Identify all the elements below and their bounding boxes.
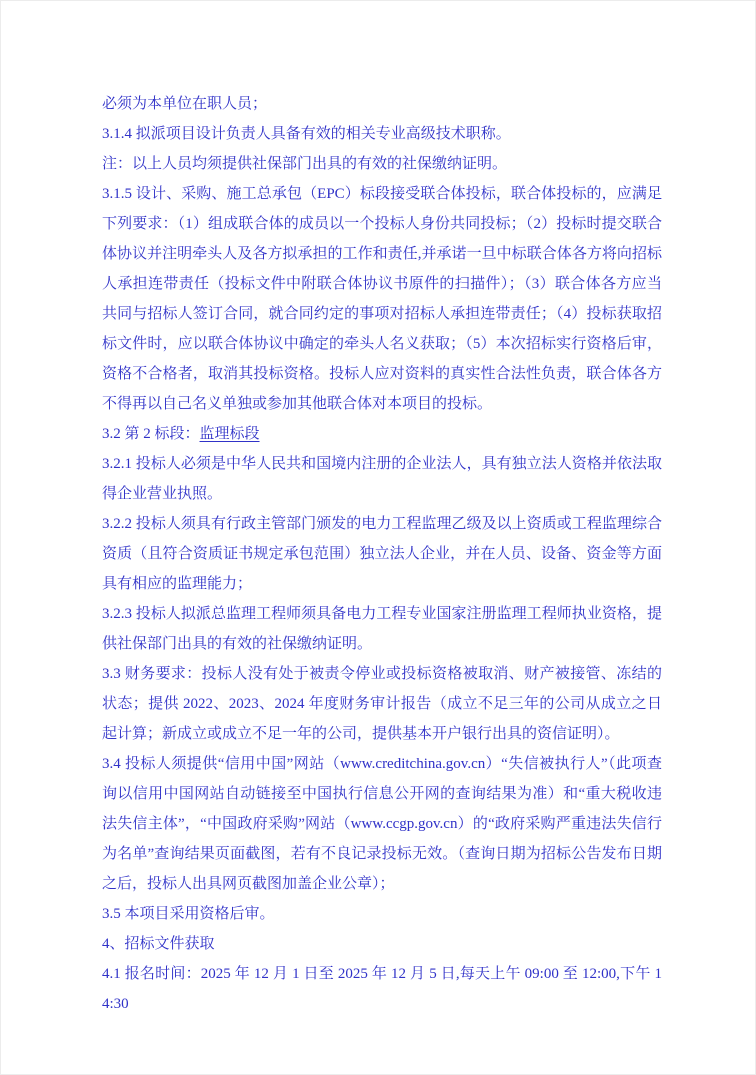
document-body: 必须为本单位在职人员； 3.1.4 拟派项目设计负责人具备有效的相关专业高级技术… <box>102 89 662 1019</box>
paragraph-note-social-security: 注：以上人员均须提供社保部门出具的有效的社保缴纳证明。 <box>102 149 662 179</box>
paragraph-3-2-section-heading: 3.2 第 2 标段：监理标段 <box>102 419 662 449</box>
paragraph-3-4-credit-check: 3.4 投标人须提供“信用中国”网站（www.creditchina.gov.c… <box>102 749 662 899</box>
section-3-2-prefix: 3.2 第 2 标段： <box>102 426 200 442</box>
paragraph-3-1-5-consortium-rules: 3.1.5 设计、采购、施工总承包（EPC）标段接受联合体投标，联合体投标的，应… <box>102 179 662 419</box>
paragraph-3-2-2: 3.2.2 投标人须具有行政主管部门颁发的电力工程监理乙级及以上资质或工程监理综… <box>102 509 662 599</box>
paragraph-3-3-financial-requirement: 3.3 财务要求：投标人没有处于被责令停业或投标资格被取消、财产被接管、冻结的状… <box>102 659 662 749</box>
paragraph-3-1-4: 3.1.4 拟派项目设计负责人具备有效的相关专业高级技术职称。 <box>102 119 662 149</box>
paragraph-4-1-registration-time: 4.1 报名时间：2025 年 12 月 1 日至 2025 年 12 月 5 … <box>102 959 662 1019</box>
paragraph-3-2-3: 3.2.3 投标人拟派总监理工程师须具备电力工程专业国家注册监理工程师执业资格，… <box>102 599 662 659</box>
paragraph-3-5-post-qualification: 3.5 本项目采用资格后审。 <box>102 899 662 929</box>
paragraph-3-2-1: 3.2.1 投标人必须是中华人民共和国境内注册的企业法人，具有独立法人资格并依法… <box>102 449 662 509</box>
paragraph-4-heading-document-acquisition: 4、招标文件获取 <box>102 929 662 959</box>
section-3-2-underlined-title: 监理标段 <box>200 426 260 442</box>
document-page: 必须为本单位在职人员； 3.1.4 拟派项目设计负责人具备有效的相关专业高级技术… <box>0 0 756 1075</box>
paragraph-staff-requirement: 必须为本单位在职人员； <box>102 89 662 119</box>
